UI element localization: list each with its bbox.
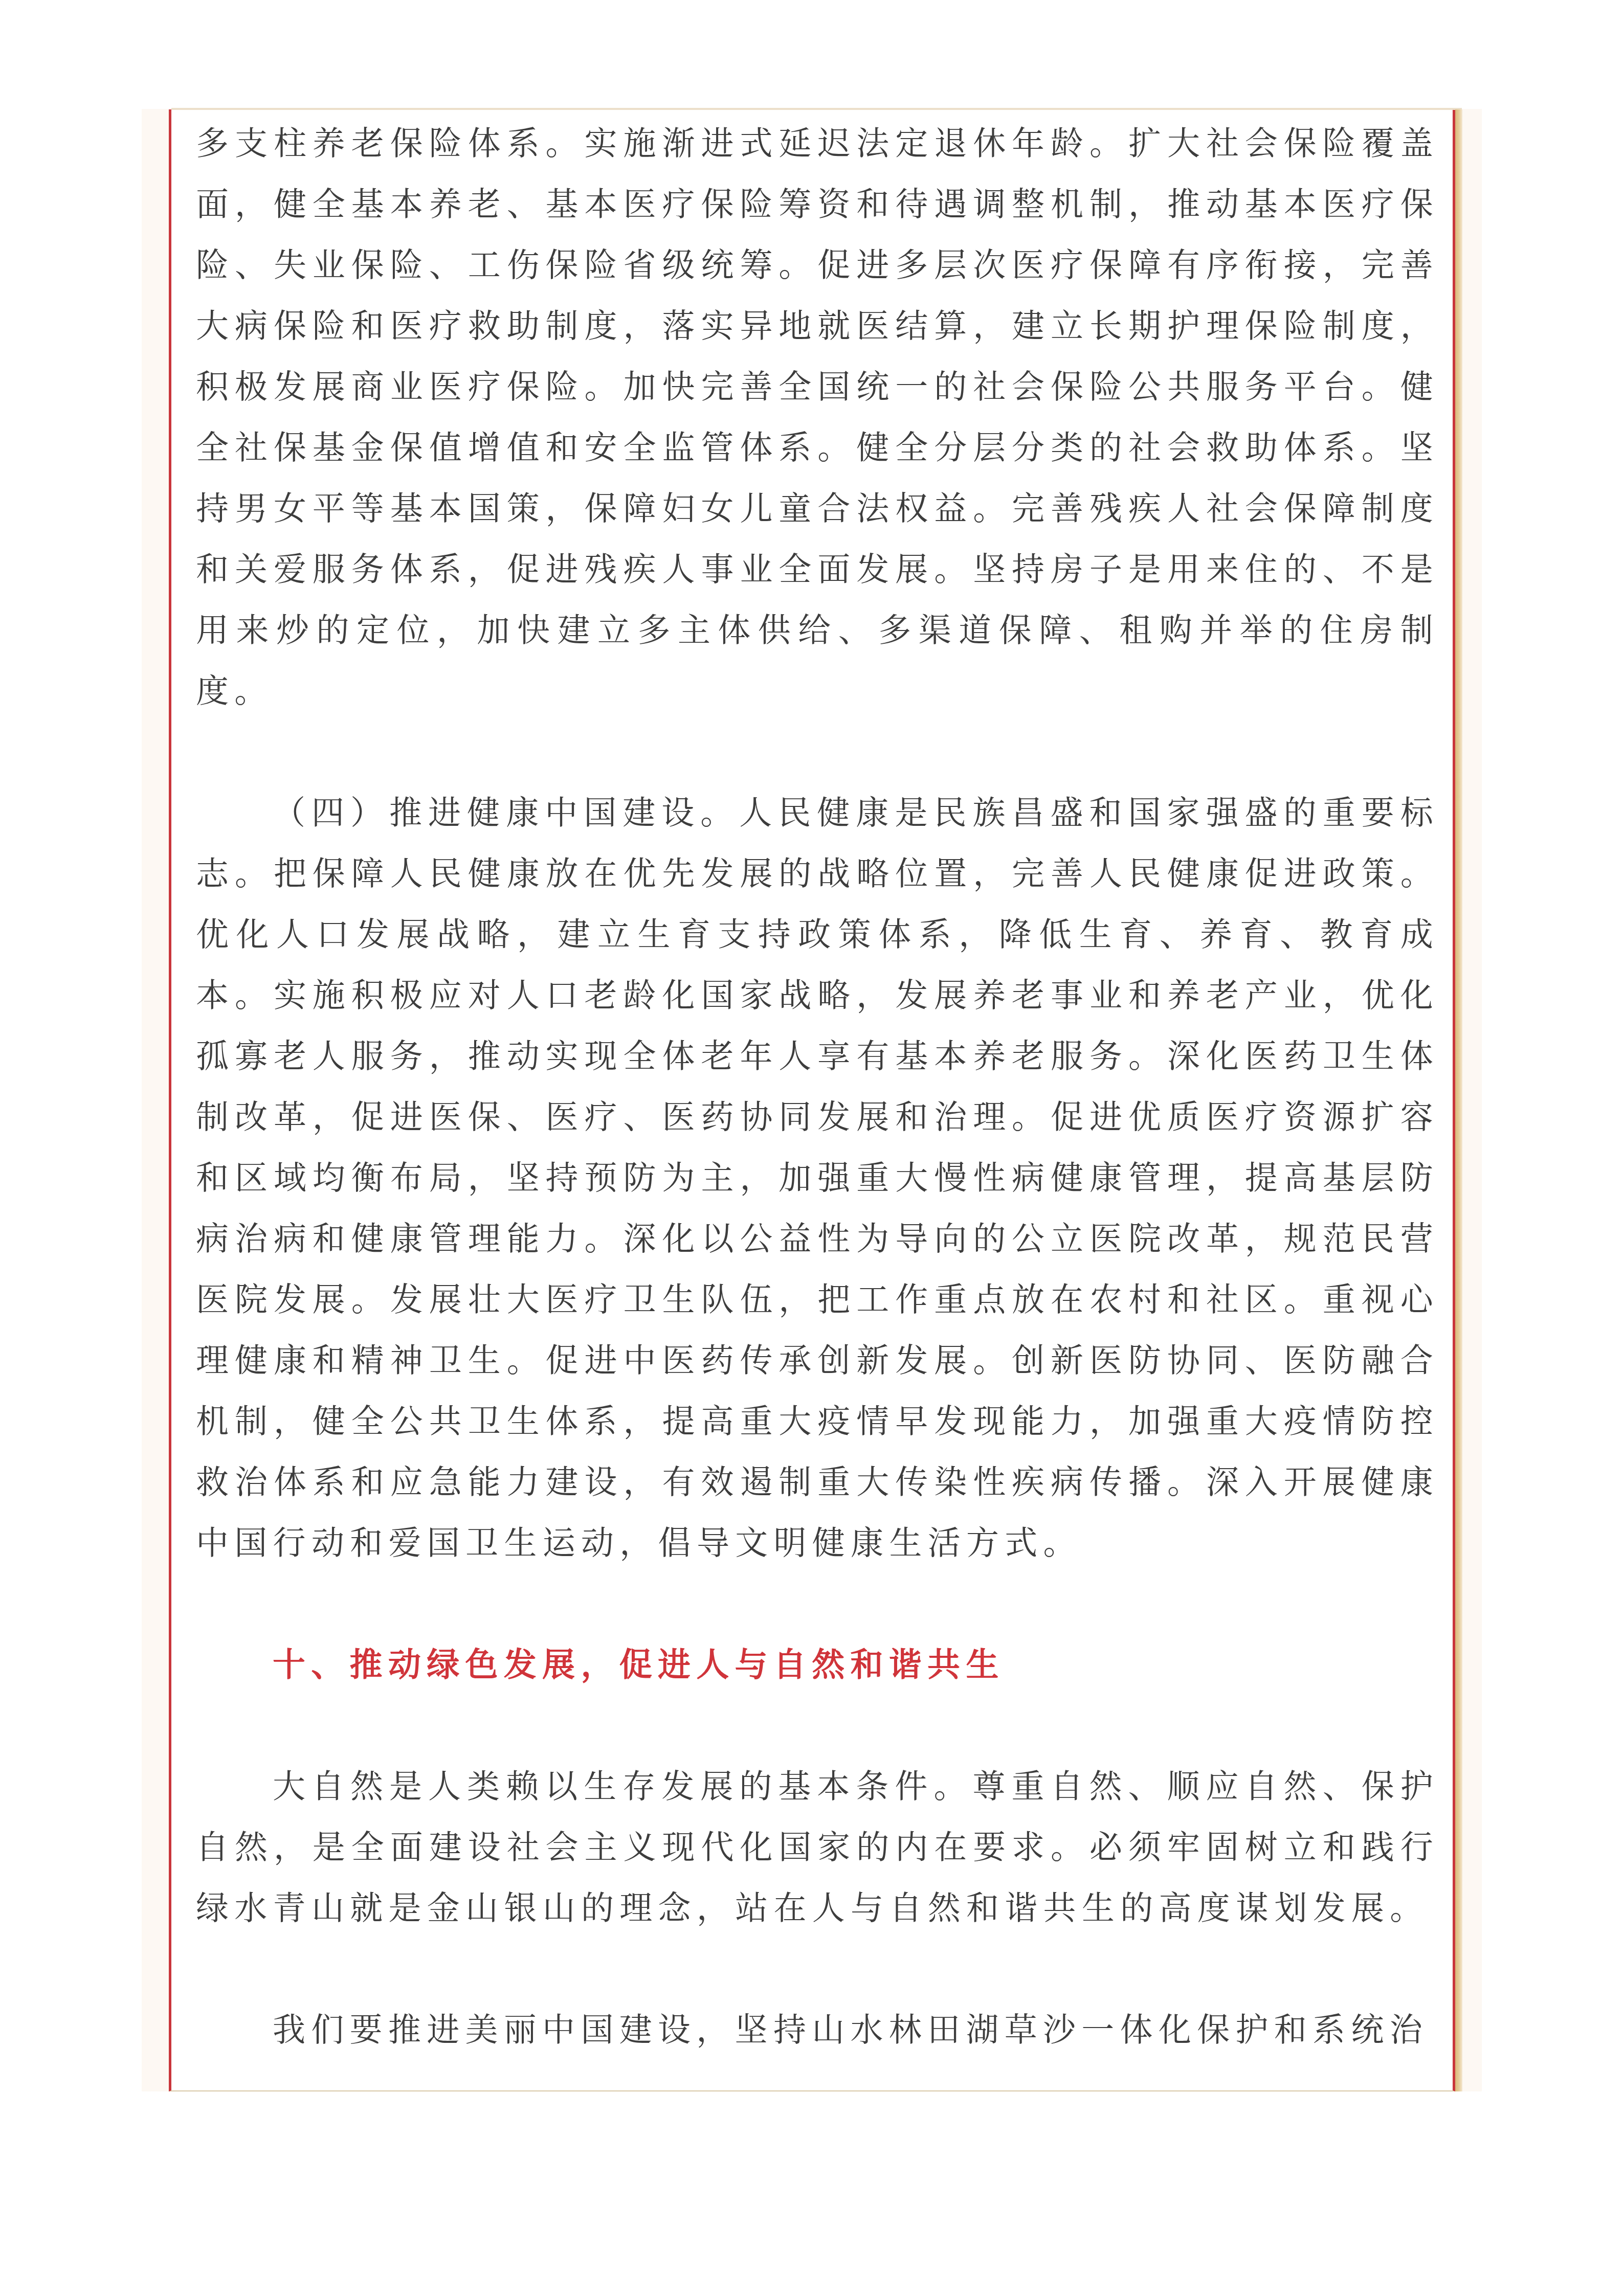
gold-edge-decoration	[1455, 109, 1462, 2091]
paragraph-healthy-china: （四）推进健康中国建设。人民健康是民族昌盛和国家强盛的重要标志。把保障人民健康放…	[196, 783, 1439, 1574]
paragraph-social-security: 多支柱养老保险体系。实施渐进式延迟法定退休年龄。扩大社会保险覆盖面，健全基本养老…	[196, 114, 1439, 722]
top-border-rule	[171, 108, 1462, 110]
document-body: 多支柱养老保险体系。实施渐进式延迟法定退休年龄。扩大社会保险覆盖面，健全基本养老…	[196, 114, 1439, 2122]
section-heading-green-development: 十、推动绿色发展，促进人与自然和谐共生	[196, 1635, 1439, 1696]
paragraph-beautiful-china: 我们要推进美丽中国建设，坚持山水林田湖草沙一体化保护和系统治	[196, 2000, 1439, 2061]
paragraph-nature-intro: 大自然是人类赖以生存发展的基本条件。尊重自然、顺应自然、保护自然，是全面建设社会…	[196, 1757, 1439, 1939]
